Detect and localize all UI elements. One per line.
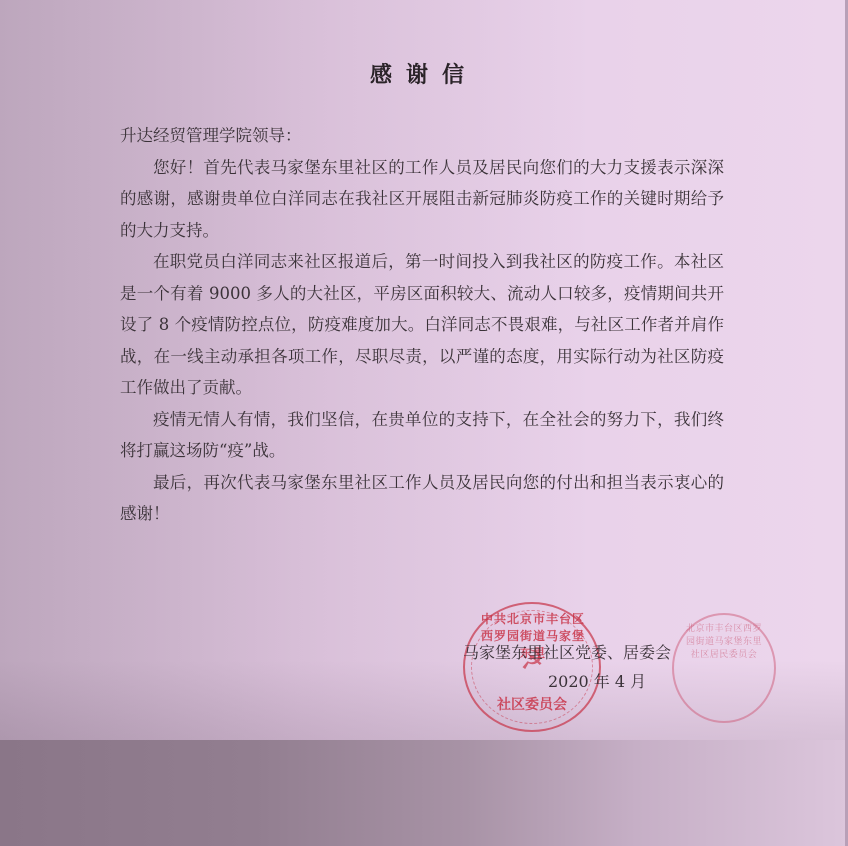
paragraph-contribution: 在职党员白洋同志来社区报道后，第一时间投入到我社区的防疫工作。本社区是一个有着 … [120,246,724,404]
signature: 马家堡东里社区党委、居委会 [463,637,671,669]
letter-body: 升达经贸管理学院领导： 您好！首先代表马家堡东里社区的工作人员及居民向您们的大力… [120,120,724,530]
seal-bottom-text: 社区委员会 [487,694,577,714]
paragraph-greeting: 您好！首先代表马家堡东里社区的工作人员及居民向您们的大力支援表示深深的感谢，感谢… [120,152,724,247]
paragraph-closing: 最后，再次代表马家堡东里社区工作人员及居民向您的付出和担当表示衷心的感谢！ [120,467,724,530]
salutation: 升达经贸管理学院领导： [120,120,724,152]
seal-ring-text: 北京市丰台区西罗园街道马家堡东里社区居民委员会 [682,621,766,660]
letter-date: 2020 年 4 月 [548,669,646,692]
bottom-shadow [0,740,848,846]
paragraph-confidence: 疫情无情人有情，我们坚信，在贵单位的支持下，在全社会的努力下，我们终将打赢这场防… [120,404,724,467]
official-seal-right: 北京市丰台区西罗园街道马家堡东里社区居民委员会 [672,613,776,723]
letter-title: 感谢信 [0,58,848,89]
